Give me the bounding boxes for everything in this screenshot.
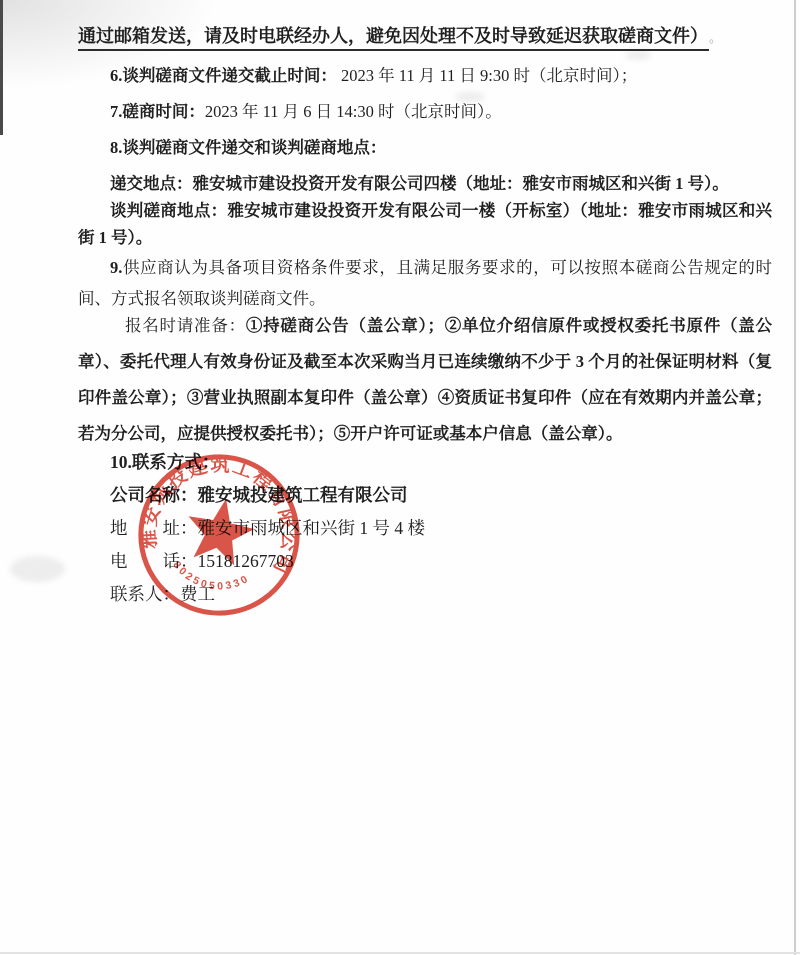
company-name-label: 公司名称： [110,485,198,505]
negotiation-time-item: 7.磋商时间：2023 年 11 月 6 日 14:30 时（北京时间）。 [78,100,772,124]
address-row: 地 址：雅安市雨城区和兴街 1 号 4 楼 [78,515,772,541]
phone-label: 电 话： [110,551,198,571]
contact-person-row: 联系人：费工 [78,581,772,607]
negotiation-time-value: 2023 年 11 月 6 日 14:30 时（北京时间）。 [205,102,502,121]
scan-bottom-edge [0,952,800,954]
negotiation-location: 谈判磋商地点：雅安城市建设投资开发有限公司一楼（开标室）（地址：雅安市雨城区和兴… [78,198,772,251]
intro-note-period: 。 [709,30,722,45]
scanned-document-page: 通过邮箱发送，请及时电联经办人，避免因处理不及时导致延迟获取磋商文件）。 6.谈… [0,0,800,955]
contact-heading: 10.联系方式： [78,450,772,474]
contact-person-label: 联系人： [110,584,180,604]
address-value: 雅安市雨城区和兴街 1 号 4 楼 [198,518,426,538]
negotiation-time-label: 7.磋商时间： [110,102,205,121]
eligibility-paragraph: 9.供应商认为具备项目资格条件要求，且满足服务要求的，可以按照本磋商公告规定的时… [78,252,772,314]
registration-list: ①持磋商公告（盖公章）；②单位介绍信原件或授权委托书原件（盖公章）、委托代理人有… [78,316,772,443]
company-name-value: 雅安城投建筑工程有限公司 [198,485,408,505]
scan-smudge [625,50,651,60]
location-heading: 8.谈判磋商文件递交和谈判磋商地点： [78,136,772,160]
deadline-label: 6.谈判磋商文件递交截止时间： [110,66,337,85]
phone-row: 电 话：15181267703 [78,548,772,574]
eligibility-text: 供应商认为具备项目资格条件要求，且满足服务要求的，可以按照本磋商公告规定的时间、… [78,258,772,308]
phone-value: 15181267703 [198,551,294,571]
scan-left-edge [0,0,3,135]
address-label: 地 址： [110,518,198,538]
intro-note: 通过邮箱发送，请及时电联经办人，避免因处理不及时导致延迟获取磋商文件）。 [78,24,772,50]
scan-smudge [10,556,65,582]
deadline-value: 2023 年 11 月 11 日 9:30 时（北京时间）； [337,66,637,85]
deadline-item: 6.谈判磋商文件递交截止时间： 2023 年 11 月 11 日 9:30 时（… [78,64,772,88]
registration-requirements: 报名时请准备：①持磋商公告（盖公章）；②单位介绍信原件或授权委托书原件（盖公章）… [78,308,772,452]
registration-lead: 报名时请准备： [125,316,246,335]
eligibility-number: 9. [110,258,122,277]
intro-note-underlined-text: 通过邮箱发送，请及时电联经办人，避免因处理不及时导致延迟获取磋商文件） [78,26,709,51]
company-name-row: 公司名称：雅安城投建筑工程有限公司 [78,482,772,508]
contact-person-value: 费工 [180,584,215,604]
submission-location: 递交地点：雅安城市建设投资开发有限公司四楼（地址：雅安市雨城区和兴街 1 号）。 [78,172,772,196]
scan-right-edge [794,0,796,955]
